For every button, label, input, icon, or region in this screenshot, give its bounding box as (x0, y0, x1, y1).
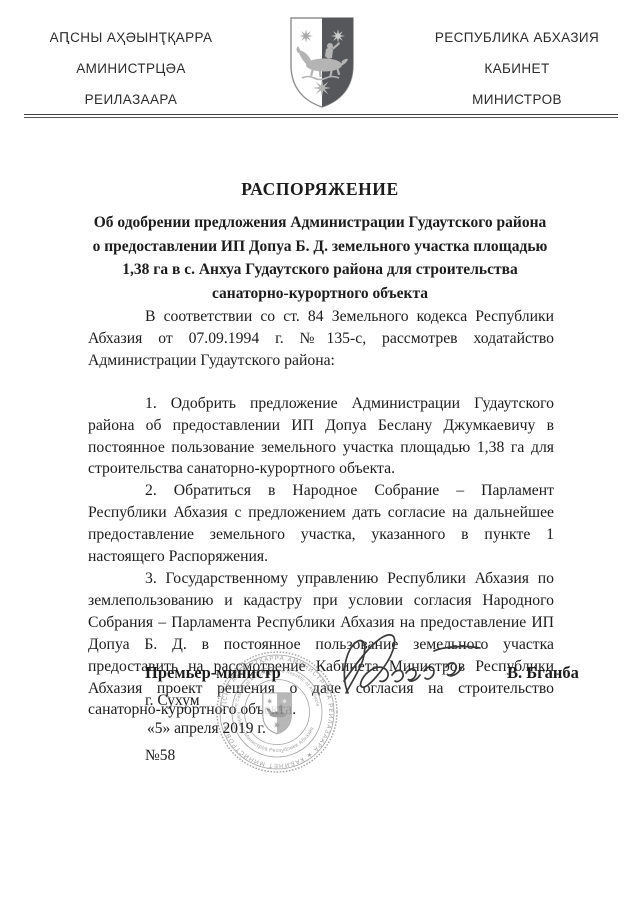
emblem-star-bottom (313, 79, 331, 97)
coat-of-arms-icon (286, 15, 358, 110)
header-left-line-2: АМИНИСТРЦӘА (25, 53, 237, 84)
subject-line-2: о предоставлении ИП Допуа Б. Д. земельно… (70, 235, 570, 259)
subject-line-1: Об одобрении предложения Администрации Г… (70, 211, 570, 235)
header-right-line-2: КАБИНЕТ (412, 53, 622, 84)
header-org-russian: РЕСПУБЛИКА АБХАЗИЯ КАБИНЕТ МИНИСТРОВ (412, 22, 622, 115)
stamp-center-emblem (263, 693, 292, 734)
decree-document-page: АԤСНЫ АҲӘЫНҬҚАРРА АМИНИСТРЦӘА РЕИЛАЗААРА (0, 0, 640, 905)
header-right-line-3: МИНИСТРОВ (412, 84, 622, 115)
document-date: «5» апреля 2019 г. (147, 720, 266, 738)
header-org-abkhaz: АԤСНЫ АҲӘЫНҬҚАРРА АМИНИСТРЦӘА РЕИЛАЗААРА (25, 22, 237, 115)
paragraph-preamble: В соответствии со ст. 84 Земельного коде… (88, 306, 554, 372)
document-subject: Об одобрении предложения Администрации Г… (70, 211, 570, 305)
subject-line-3: 1,38 га в с. Анхуа Гудаутского района дл… (70, 258, 570, 282)
document-title: РАСПОРЯЖЕНИЕ (0, 179, 640, 200)
subject-line-4: санаторно-курортного объекта (70, 282, 570, 306)
signer-position-title: Премьер-министр (145, 663, 281, 683)
header-left-line-3: РЕИЛАЗААРА (25, 84, 237, 115)
paragraph-item-2: 2. Обратиться в Народное Собрание – Парл… (88, 480, 554, 568)
header-right-line-1: РЕСПУБЛИКА АБХАЗИЯ (412, 22, 622, 53)
header-divider (24, 114, 618, 118)
document-number: №58 (145, 747, 175, 765)
signer-name: В. Бганба (507, 663, 579, 683)
header-left-line-1: АԤСНЫ АҲӘЫНҬҚАРРА (25, 22, 237, 53)
paragraph-item-1: 1. Одобрить предложение Администрации Гу… (88, 393, 554, 481)
handwritten-signature (330, 631, 492, 709)
document-city: г. Сухум (145, 692, 200, 710)
